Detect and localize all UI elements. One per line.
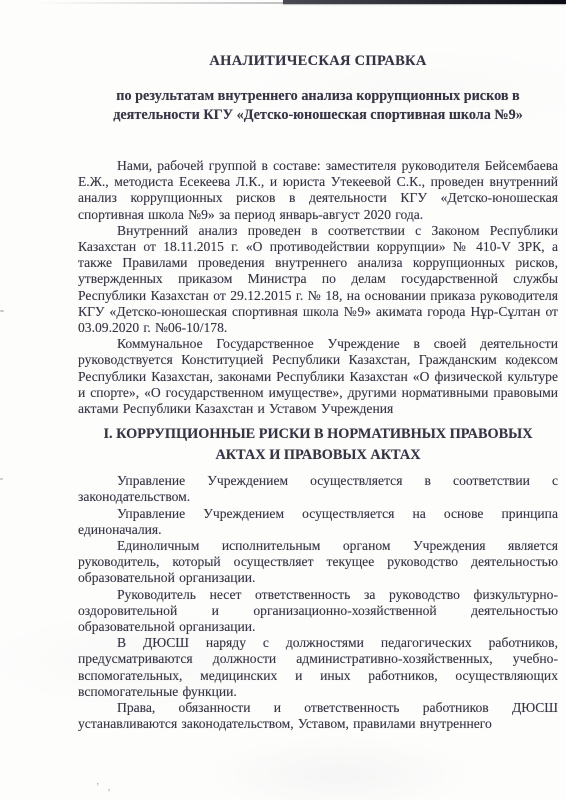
document-subtitle: по результатам внутреннего анализа корру… — [78, 87, 558, 125]
scanned-document: { "document": { "title": "АНАЛИТИЧЕСКАЯ … — [0, 0, 566, 800]
intro-paragraph-1: Нами, рабочей группой в составе: замести… — [78, 158, 558, 223]
intro-paragraph-2: Внутренний анализ проведен в соответстви… — [78, 223, 558, 336]
section-paragraph-5: В ДЮСШ наряду с должностями педагогическ… — [78, 635, 558, 700]
scan-speck — [0, 478, 3, 480]
scan-speck — [0, 310, 4, 312]
section-paragraph-6: Права, обязанности и ответственность раб… — [78, 700, 558, 732]
section-1-heading: I. КОРРУПЦИОННЫЕ РИСКИ В НОРМАТИВНЫХ ПРА… — [78, 424, 558, 466]
intro-paragraph-3: Коммунальное Государственное Учреждение … — [78, 336, 558, 417]
document-title: АНАЛИТИЧЕСКАЯ СПРАВКА — [78, 53, 558, 70]
document-body: АНАЛИТИЧЕСКАЯ СПРАВКА по результатам вну… — [78, 0, 558, 733]
section-paragraph-1: Управление Учреждением осуществляется в … — [78, 473, 558, 505]
section-paragraph-2: Управление Учреждением осуществляется на… — [78, 506, 558, 538]
scan-smudge-mark: ʼ , — [96, 782, 113, 793]
section-paragraph-3: Единоличным исполнительным органом Учреж… — [78, 538, 558, 587]
section-paragraph-4: Руководитель несет ответственность за ру… — [78, 587, 558, 636]
